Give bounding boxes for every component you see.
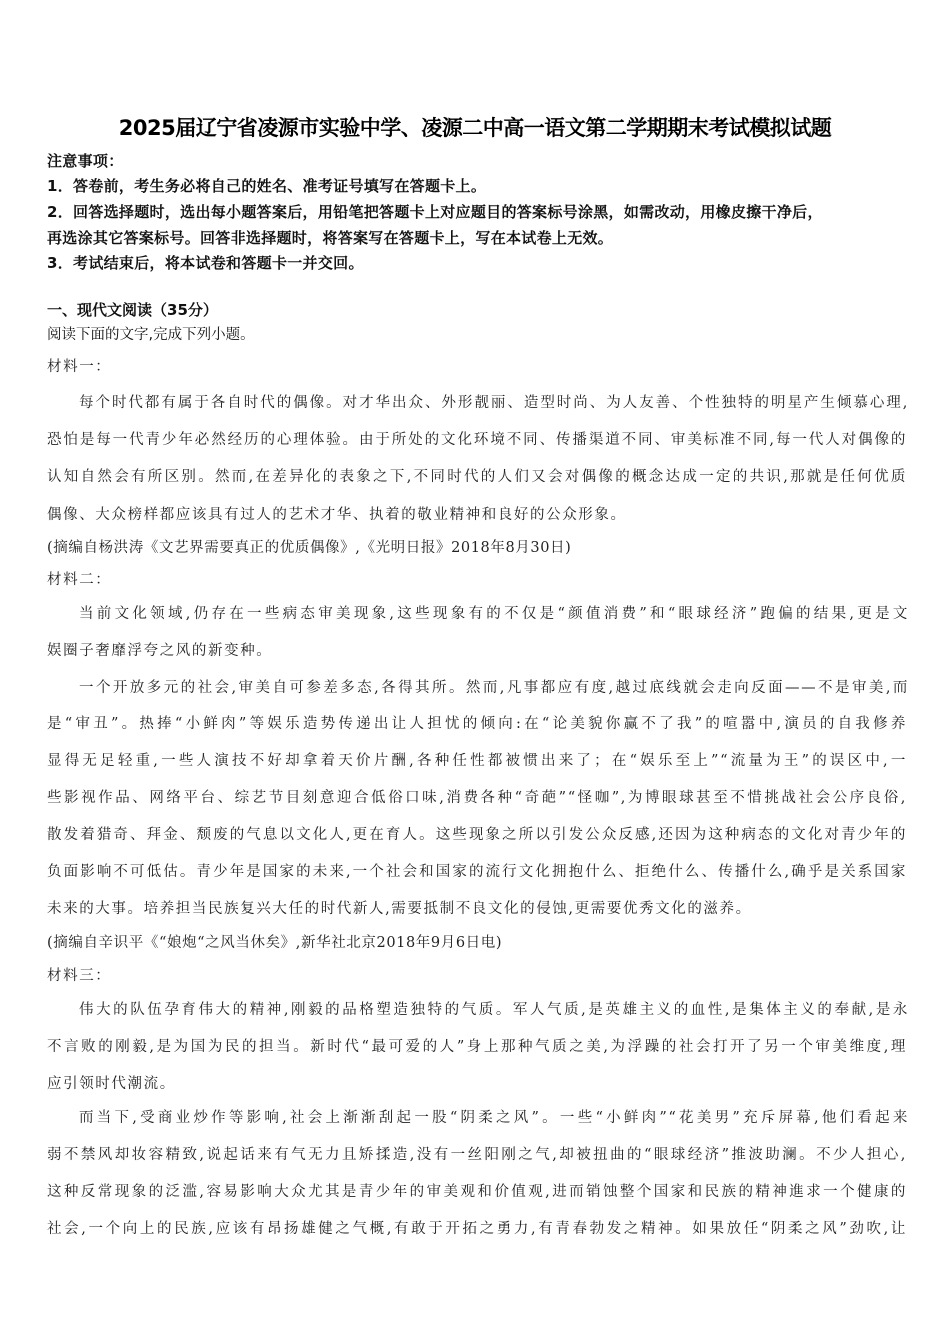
notice-heading: 注意事项： <box>47 151 907 171</box>
material-1-line: 每个时代都有属于各自时代的偶像。对才华出众、外形靓丽、造型时尚、为人友善、个性独… <box>79 393 909 413</box>
notice-line-2: 2．回答选择题时，选出每小题答案后，用铅笔把答题卡上对应题目的答案标号涂黑，如需… <box>47 202 907 222</box>
material-1-label: 材料一： <box>47 357 907 377</box>
material-3-line: 弱不禁风却妆容精致,说起话来有气无力且矫揉造,没有一丝阳刚之气,却被扭曲的“眼球… <box>47 1145 907 1165</box>
material-3-line: 这种反常现象的泛滥,容易影响大众尤其是青少年的审美观和价值观,进而销蚀整个国家和… <box>47 1182 907 1202</box>
material-2-label: 材料二： <box>47 570 907 590</box>
material-2-line: 娱圈子奢靡浮夸之风的新变种。 <box>47 641 907 661</box>
material-2-line: 一个开放多元的社会,审美自可参差多态,各得其所。然而,凡事都应有度,越过底线就会… <box>79 678 909 698</box>
material-3-label: 材料三： <box>47 966 907 986</box>
material-1-source: (摘编自杨洪涛《文艺界需要真正的优质偶像》,《光明日报》2018年8月30日) <box>47 538 907 558</box>
material-3-line: 不言败的刚毅,是为国为民的担当。新时代“最可爱的人”身上那种气质之美,为浮躁的社… <box>47 1037 907 1057</box>
material-1-line: 偶像、大众榜样都应该具有过人的艺术才华、执着的敬业精神和良好的公众形象。 <box>47 505 907 525</box>
material-2-line: 散发着猎奇、拜金、颓废的气息以文化人,更在育人。这些现象之所以引发公众反感,还因… <box>47 825 907 845</box>
material-1-line: 恐怕是每一代青少年必然经历的心理体验。由于所处的文化环境不同、传播渠道不同、审美… <box>47 430 907 450</box>
material-3-line: 伟大的队伍孕育伟大的精神,刚毅的品格塑造独特的气质。军人气质,是英雄主义的血性,… <box>79 1000 909 1020</box>
notice-line-4: 3．考试结束后，将本试卷和答题卡一并交回。 <box>47 253 907 273</box>
material-3-line: 应引领时代潮流。 <box>47 1074 907 1094</box>
section-instruction: 阅读下面的文字,完成下列小题。 <box>47 325 907 345</box>
material-2-line: 显得无足轻重,一些人演技不好却拿着天价片酬,各种任性都被惯出来了；在“娱乐至上”… <box>47 751 907 771</box>
material-2-line: 当前文化领域,仍存在一些病态审美现象,这些现象有的不仅是“颜值消费”和“眼球经济… <box>79 604 909 624</box>
exam-title: 2025届辽宁省凌源市实验中学、凌源二中高一语文第二学期期末考试模拟试题 <box>0 112 950 142</box>
section-heading: 一、现代文阅读（35分） <box>47 300 907 320</box>
material-3-line: 而当下,受商业炒作等影响,社会上渐渐刮起一股“阴柔之风”。一些“小鲜肉”“花美男… <box>79 1108 909 1128</box>
material-2-line: 是“审丑”。热捧“小鲜肉”等娱乐造势传递出让人担忧的倾向:在“论美貌你赢不了我”… <box>47 714 907 734</box>
material-2-line: 负面影响不可低估。青少年是国家的未来,一个社会和国家的流行文化拥抱什么、拒绝什么… <box>47 862 907 882</box>
material-1-line: 认知自然会有所区别。然而,在差异化的表象之下,不同时代的人们又会对偶像的概念达成… <box>47 467 907 487</box>
material-2-line: 些影视作品、网络平台、综艺节目刻意迎合低俗口味,消费各种“奇葩”“怪咖”,为博眼… <box>47 788 907 808</box>
exam-page: 2025届辽宁省凌源市实验中学、凌源二中高一语文第二学期期末考试模拟试题 注意事… <box>0 0 950 1344</box>
material-2-line: 未来的大事。培养担当民族复兴大任的时代新人,需要抵制不良文化的侵蚀,更需要优秀文… <box>47 899 907 919</box>
material-2-source: (摘编自辛识平《“娘炮“之风当休矣》,新华社北京2018年9月6日电) <box>47 933 907 953</box>
material-3-line: 社会,一个向上的民族,应该有昂扬雄健之气概,有敢于开拓之勇力,有青春勃发之精神。… <box>47 1219 907 1239</box>
notice-line-1: 1．答卷前，考生务必将自己的姓名、准考证号填写在答题卡上。 <box>47 176 907 196</box>
notice-line-3: 再选涂其它答案标号。回答非选择题时，将答案写在答题卡上，写在本试卷上无效。 <box>47 228 907 248</box>
